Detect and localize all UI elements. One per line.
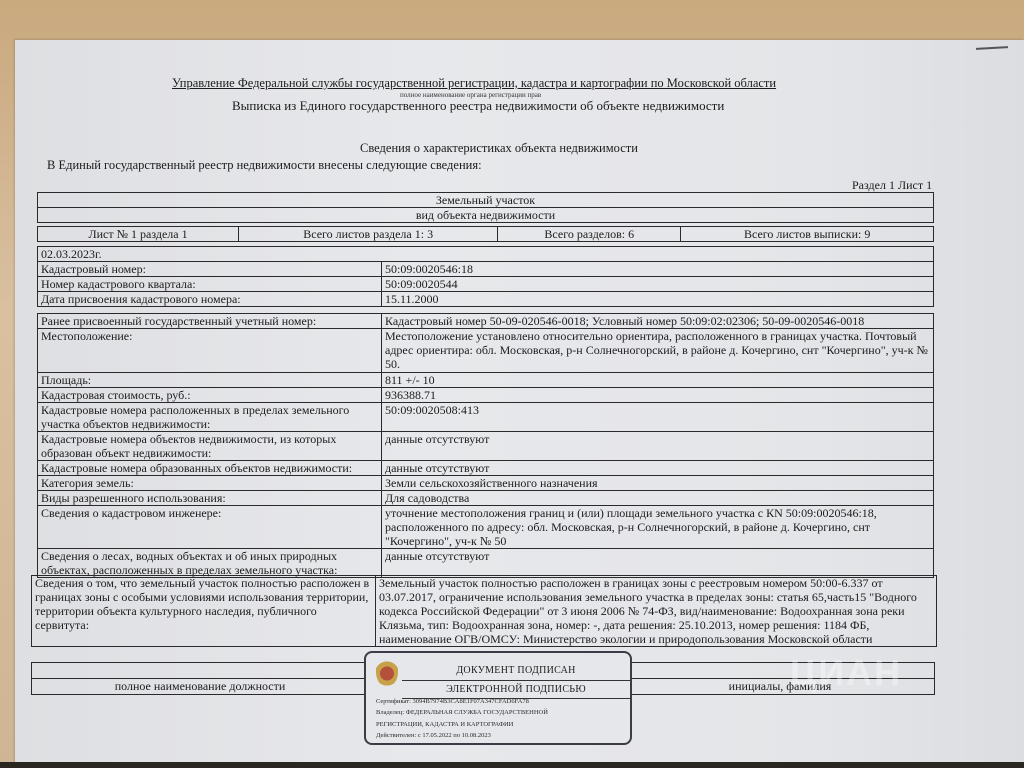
stamp-owner-line1: Владелец: ФЕДЕРАЛЬНАЯ СЛУЖБА ГОСУДАРСТВЕ… [376, 709, 548, 716]
row-value: Кадастровый номер 50-09-020546-0018; Усл… [382, 314, 934, 329]
row-label: Кадастровые номера объектов недвижимости… [38, 432, 382, 461]
organization-name: Управление Федеральной службы государств… [172, 76, 776, 91]
row-label: Ранее присвоенный государственный учетны… [38, 314, 382, 329]
table-row: Категория земель:Земли сельскохозяйствен… [38, 476, 934, 491]
row-label: Сведения о лесах, водных объектах и об и… [38, 549, 382, 578]
stamp-line1: ДОКУМЕНТ ПОДПИСАН [406, 665, 626, 676]
table-row: Номер кадастрового квартала: 50:09:00205… [38, 277, 934, 292]
row-value: 50:09:0020508:413 [382, 403, 934, 432]
row-value: 50:09:0020546:18 [382, 262, 934, 277]
row-label: Площадь: [38, 373, 382, 388]
row-value: 811 +/- 10 [382, 373, 934, 388]
row-value: 15.11.2000 [382, 292, 934, 307]
section-title: Сведения о характеристиках объекта недви… [360, 141, 638, 156]
table-row: Местоположение:Местоположение установлен… [38, 329, 934, 373]
position-caption: полное наименование должности [32, 679, 369, 695]
row-label: Сведения о том, что земельный участок по… [32, 576, 376, 647]
table-row: Сведения о кадастровом инженере:уточнени… [38, 506, 934, 549]
table-row: Кадастровые номера объектов недвижимости… [38, 432, 934, 461]
table-row: Ранее присвоенный государственный учетны… [38, 314, 934, 329]
row-label: Кадастровые номера расположенных в преде… [38, 403, 382, 432]
stamp-owner-line2: РЕГИСТРАЦИИ, КАДАСТРА И КАРТОГРАФИИ [376, 721, 513, 728]
row-value: данные отсутствуют [382, 432, 934, 461]
object-kind-value: Земельный участок [38, 193, 934, 208]
extract-title: Выписка из Единого государственного реес… [232, 98, 724, 114]
details-table: Ранее присвоенный государственный учетны… [37, 313, 934, 578]
row-label: Номер кадастрового квартала: [38, 277, 382, 292]
position-field [32, 663, 369, 679]
table-row: Кадастровые номера образованных объектов… [38, 461, 934, 476]
row-label: Категория земель: [38, 476, 382, 491]
row-value: 50:09:0020544 [382, 277, 934, 292]
stamp-certificate: Сертификат: 3094B7974B3CA8E1F07A347CFAD6… [376, 698, 529, 705]
row-value: уточнение местоположения границ и (или) … [382, 506, 934, 549]
row-label: Кадастровая стоимость, руб.: [38, 388, 382, 403]
row-value: данные отсутствуют [382, 549, 934, 578]
extract-date: 02.03.2023г. [38, 247, 934, 262]
row-label: Дата присвоения кадастрового номера: [38, 292, 382, 307]
table-row: Сведения о лесах, водных объектах и об и… [38, 549, 934, 578]
sheets-table: Лист № 1 раздела 1 Всего листов раздела … [37, 226, 934, 242]
coat-of-arms-icon [376, 657, 398, 687]
sheet-info: Всего листов выписки: 9 [681, 227, 934, 242]
sheet-info: Всего разделов: 6 [498, 227, 681, 242]
intro-text: В Единый государственный реестр недвижим… [47, 158, 482, 173]
row-value: Местоположение установлено относительно … [382, 329, 934, 373]
row-value: Для садоводства [382, 491, 934, 506]
row-label: Местоположение: [38, 329, 382, 373]
table-row: Площадь:811 +/- 10 [38, 373, 934, 388]
electronic-signature-stamp: ДОКУМЕНТ ПОДПИСАН ЭЛЕКТРОННОЙ ПОДПИСЬЮ С… [364, 651, 632, 745]
zone-table: Сведения о том, что земельный участок по… [31, 575, 937, 647]
stamp-line2: ЭЛЕКТРОННОЙ ПОДПИСЬЮ [406, 684, 626, 695]
row-value: Земли сельскохозяйственного назначения [382, 476, 934, 491]
table-surface-edge [0, 762, 1024, 768]
main-info-table: 02.03.2023г. Кадастровый номер: 50:09:00… [37, 246, 934, 307]
sheet-reference: Раздел 1 Лист 1 [852, 178, 932, 193]
table-row: Кадастровая стоимость, руб.:936388.71 [38, 388, 934, 403]
table-row: Сведения о том, что земельный участок по… [32, 576, 937, 647]
table-row: Кадастровый номер: 50:09:0020546:18 [38, 262, 934, 277]
watermark: ЦИАН [790, 652, 902, 694]
table-row: Кадастровые номера расположенных в преде… [38, 403, 934, 432]
stamp-validity: Действителен: с 17.05.2022 по 10.08.2023 [376, 732, 491, 739]
row-label: Кадастровые номера образованных объектов… [38, 461, 382, 476]
row-value: Земельный участок полностью расположен в… [376, 576, 937, 647]
row-label: Кадастровый номер: [38, 262, 382, 277]
table-row: Дата присвоения кадастрового номера: 15.… [38, 292, 934, 307]
table-row: Виды разрешенного использования:Для садо… [38, 491, 934, 506]
sheet-info: Всего листов раздела 1: 3 [239, 227, 498, 242]
object-kind-table: Земельный участок вид объекта недвижимос… [37, 192, 934, 223]
row-label: Виды разрешенного использования: [38, 491, 382, 506]
row-value: данные отсутствуют [382, 461, 934, 476]
object-kind-caption: вид объекта недвижимости [38, 208, 934, 223]
row-label: Сведения о кадастровом инженере: [38, 506, 382, 549]
row-value: 936388.71 [382, 388, 934, 403]
sheet-info: Лист № 1 раздела 1 [38, 227, 239, 242]
